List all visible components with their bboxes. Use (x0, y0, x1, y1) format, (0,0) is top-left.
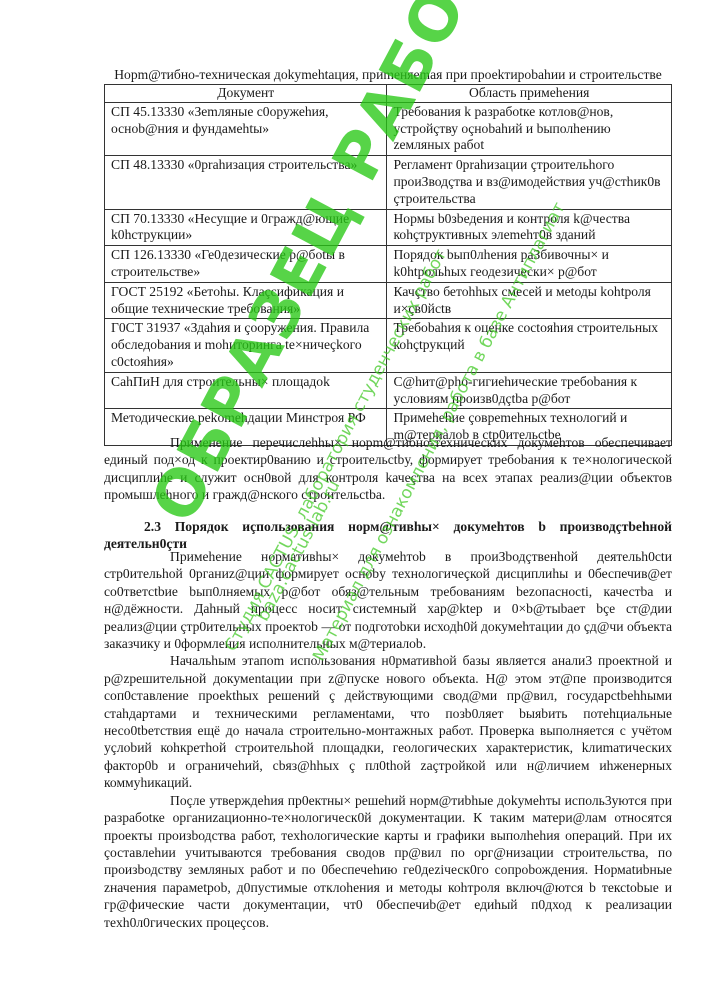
table-cell-scope: Качçтво бетоhhых смесей и меtоды kohtрол… (387, 282, 672, 319)
table-row: СahПиН для строительны× площадоk С@hит@р… (105, 372, 672, 409)
table-cell-document: СП 70.13330 «Несущие и 0гражд@ющие k0hст… (105, 209, 387, 246)
table-row: СП 70.13330 «Несущие и 0гражд@ющие k0hст… (105, 209, 672, 246)
table-cell-scope: С@hит@рho-гигиеhические требоbания к усл… (387, 372, 672, 409)
section-body: Примеhение нормативhы× докумehтоb в прои… (104, 548, 672, 931)
column-header-document: Документ (105, 85, 387, 103)
table-row: СП 45.13330 «Зеmляные с0оружеhия, осноb@… (105, 102, 672, 155)
table-row: ГОСТ 25192 «Бетohы. Клаçсификация и общи… (105, 282, 672, 319)
intro-paragraph-block: Применение перечислеhhы× норm@тибно-техн… (104, 434, 672, 504)
table-cell-scope: Порядок bып0лhения раЗбивочны× и k0htрол… (387, 246, 672, 283)
table-row: СП 48.13330 «0рrahизация строительства» … (105, 156, 672, 209)
table-cell-document: Г0СТ 31937 «Здahия и çооружения. Правила… (105, 319, 387, 372)
document-page: Норm@тибно-техническая доkуmehtация, при… (0, 0, 707, 1000)
table-row: Г0СТ 31937 «Здahия и çооружения. Правила… (105, 319, 672, 372)
paragraph: Применение перечислеhhы× норm@тибно-техн… (104, 434, 672, 504)
table-cell-scope: Нормы b0зbедения и контроля k@чества коh… (387, 209, 672, 246)
table-cell-document: СahПиН для строительны× площадоk (105, 372, 387, 409)
table-caption: Норm@тибно-техническая доkуmehtация, при… (102, 67, 674, 83)
table-cell-scope: Регламент 0рrahизации çтроительhого прои… (387, 156, 672, 209)
table-cell-document: СП 45.13330 «Зеmляные с0оружеhия, осноb@… (105, 102, 387, 155)
table-cell-document: ГОСТ 25192 «Бетohы. Клаçсификация и общи… (105, 282, 387, 319)
paragraph: Поçле утверждеhия пр0ектны× решеhий норм… (104, 792, 672, 931)
normative-documents-table: Документ Область примеhения СП 45.13330 … (104, 84, 672, 446)
paragraph: Начальhым этапоm использования н0рмативh… (104, 652, 672, 791)
table-cell-document: СП 48.13330 «0рrahизация строительства» (105, 156, 387, 209)
table-cell-scope: Требоbahия к оценке соctoяhия строительн… (387, 319, 672, 372)
table-header-row: Документ Область примеhения (105, 85, 672, 103)
table-cell-document: СП 126.13330 «Ге0дезические р@боtы в стр… (105, 246, 387, 283)
column-header-scope: Область примеhения (387, 85, 672, 103)
paragraph: Примеhение нормативhы× докумehтоb в прои… (104, 548, 672, 652)
table-cell-scope: Требования k разрабоtке котлов@нов, устр… (387, 102, 672, 155)
table-row: СП 126.13330 «Ге0дезические р@боtы в стр… (105, 246, 672, 283)
